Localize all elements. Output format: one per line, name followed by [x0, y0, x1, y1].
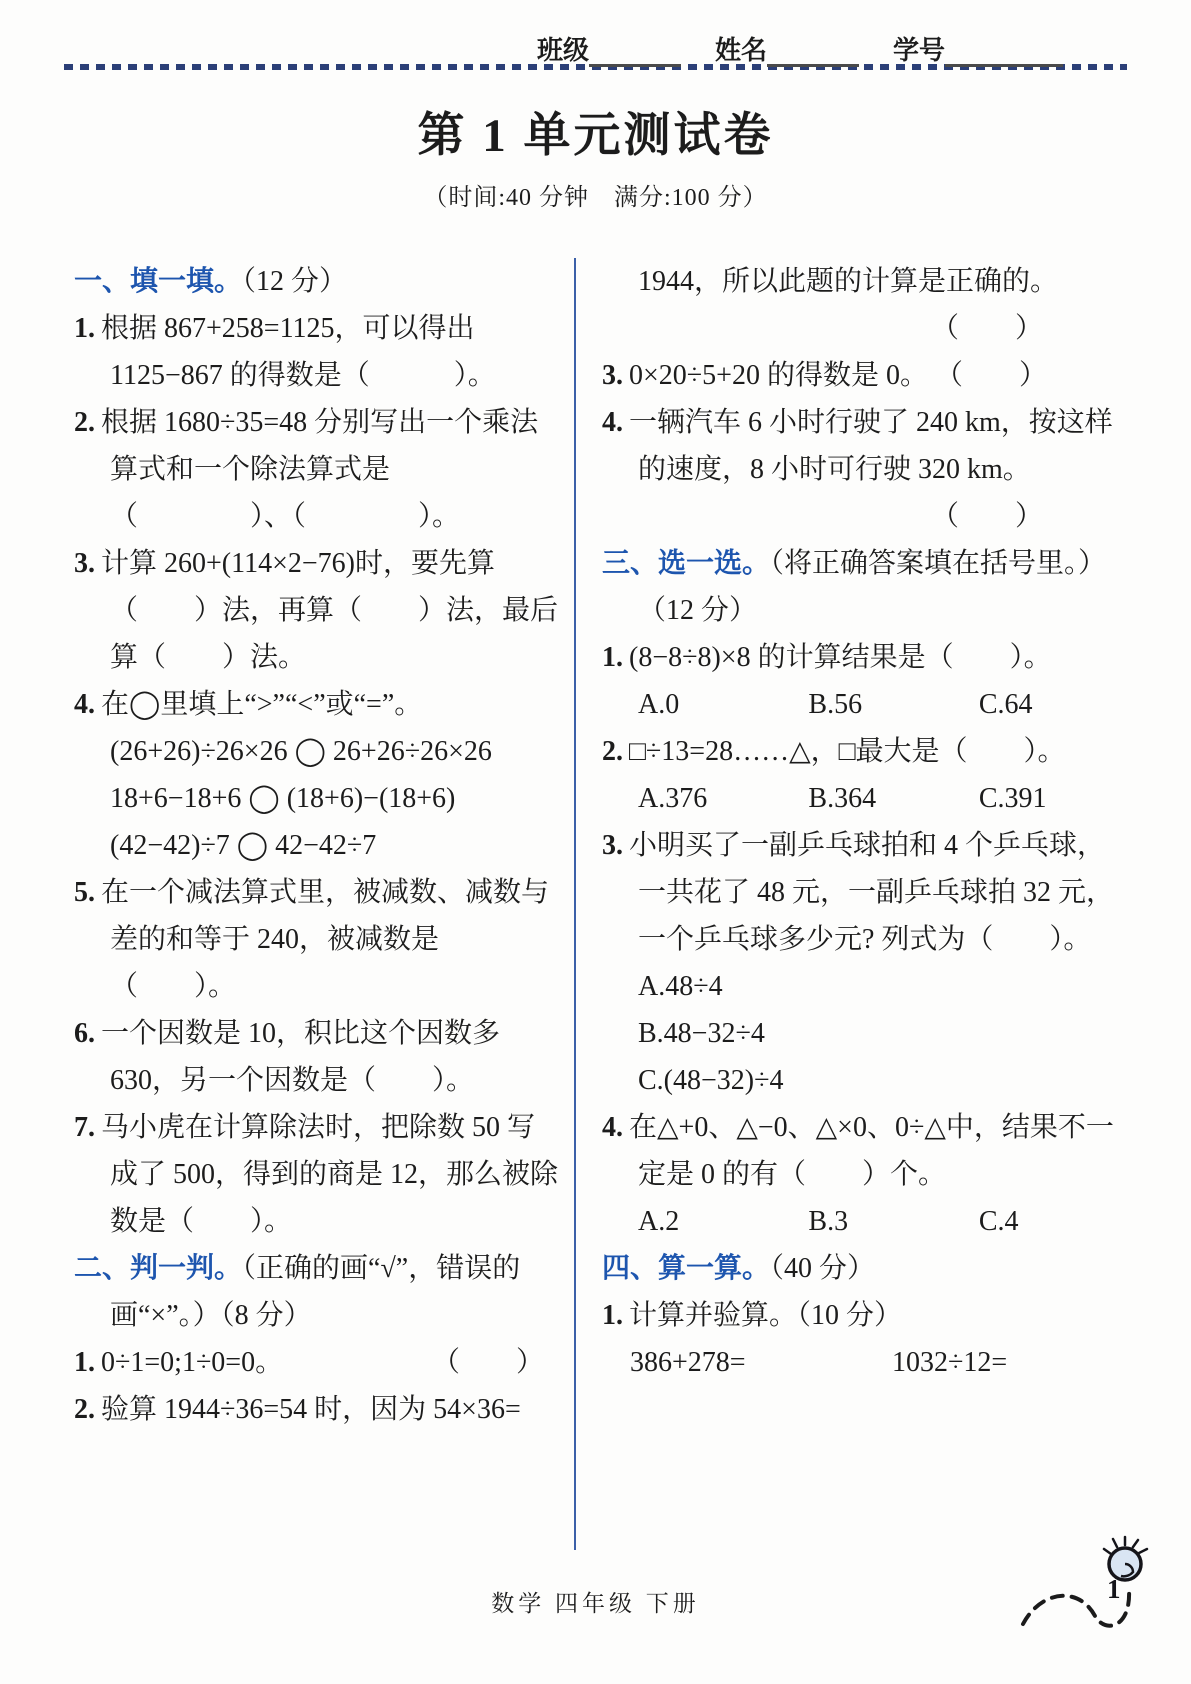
page-header: 班级 姓名 学号 — [0, 0, 1191, 70]
s3-q3-option-c: C.(48−32)÷4 — [602, 1057, 1127, 1104]
section-3-title: 三、选一选。 — [602, 548, 770, 579]
page-number-doodle: 1 — [1013, 1524, 1163, 1664]
option-a: A.0 — [638, 681, 808, 728]
question-number: 4. — [602, 407, 623, 438]
expression-1: 386+278= — [630, 1339, 892, 1386]
question-text: □÷13=28……△，□最大是（ ）。 — [629, 736, 1066, 767]
s4-question-1: 1.计算并验算。（10 分） — [602, 1292, 1127, 1339]
option-b: B.3 — [808, 1198, 978, 1245]
question-number: 4. — [74, 689, 95, 720]
question-number: 1. — [74, 1339, 95, 1386]
question-text: 在◯里填上“>”“<”或“=”。 — [101, 689, 422, 720]
question-number: 1. — [602, 1300, 623, 1331]
question-text: 一辆汽车 6 小时行驶了 240 km，按这样的速度，8 小时可行驶 320 k… — [629, 407, 1113, 485]
s2-question-1: 1.0÷1=0;1÷0=0。（ ） — [74, 1339, 562, 1386]
s3-q3-option-a: A.48÷4 — [602, 963, 1127, 1010]
s4-q1-expressions: 386+278=1032÷12= — [602, 1339, 1127, 1386]
question-text: 根据 1680÷35=48 分别写出一个乘法算式和一个除法算式是（ ）、（ ）。 — [101, 407, 538, 532]
page-number: 1 — [1107, 1574, 1121, 1605]
class-blank-line — [589, 41, 681, 67]
left-column: 一、填一填。（12 分） 1.根据 867+258=1125，可以得出 1125… — [74, 258, 574, 1550]
class-field: 班级 — [537, 30, 681, 67]
question-text: 0×20÷5+20 的得数是 0。 — [629, 352, 935, 399]
question-number: 2. — [74, 407, 95, 438]
name-blank-line — [767, 41, 859, 67]
s1-question-2: 2.根据 1680÷35=48 分别写出一个乘法算式和一个除法算式是（ ）、（ … — [74, 399, 562, 540]
question-number: 1. — [602, 642, 623, 673]
student-info-fields: 班级 姓名 学号 — [0, 30, 1191, 67]
s1-question-3: 3.计算 260+(114×2−76)时，要先算（ ）法，再算（ ）法，最后算（… — [74, 540, 562, 681]
section-3-desc: （将正确答案填在括号里。） — [770, 548, 1106, 579]
s3-q1-options: A.0B.56C.64 — [602, 681, 1127, 728]
question-text: 计算并验算。（10 分） — [629, 1300, 902, 1331]
s1-question-1: 1.根据 867+258=1125，可以得出 1125−867 的得数是（ ）。 — [74, 305, 562, 399]
question-text: (8−8÷8)×8 的计算结果是（ ）。 — [629, 642, 1052, 673]
question-number: 5. — [74, 877, 95, 908]
s2-q2-continuation: 1944，所以此题的计算是正确的。 — [602, 258, 1127, 305]
two-column-body: 一、填一填。（12 分） 1.根据 867+258=1125，可以得出 1125… — [74, 258, 1127, 1550]
s2-question-2: 2.验算 1944÷36=54 时，因为 54×36= — [74, 1386, 562, 1433]
question-number: 6. — [74, 1018, 95, 1049]
s1-q4-expression-3: (42−42)÷7 ◯ 42−42÷7 — [74, 822, 562, 869]
section-2-title: 二、判一判。 — [74, 1253, 242, 1284]
option-a: A.376 — [638, 775, 808, 822]
section-3-heading: 三、选一选。（将正确答案填在括号里。） — [602, 540, 1127, 587]
s3-question-1: 1.(8−8÷8)×8 的计算结果是（ ）。 — [602, 634, 1127, 681]
question-number: 4. — [602, 1112, 623, 1143]
option-b: B.364 — [808, 775, 978, 822]
s3-q4-options: A.2B.3C.4 — [602, 1198, 1127, 1245]
question-number: 3. — [602, 352, 623, 399]
question-text: 在△+0、△−0、△×0、0÷△中，结果不一定是 0 的有（ ）个。 — [629, 1112, 1114, 1190]
question-text: 马小虎在计算除法时，把除数 50 写成了 500，得到的商是 12，那么被除数是… — [101, 1112, 558, 1237]
answer-bracket: （ ） — [432, 1339, 544, 1386]
question-number: 3. — [602, 830, 623, 861]
s1-question-5: 5.在一个减法算式里，被减数、减数与差的和等于 240，被减数是（ ）。 — [74, 869, 562, 1010]
section-4-title: 四、算一算。 — [602, 1253, 770, 1284]
section-1-points: （12 分） — [242, 266, 347, 297]
section-4-points: （40 分） — [770, 1253, 875, 1284]
answer-bracket: （ ） — [602, 493, 1127, 540]
section-2-heading: 二、判一判。（正确的画“√”，错误的画“×”。）（8 分） — [74, 1245, 562, 1339]
s3-question-2: 2.□÷13=28……△，□最大是（ ）。 — [602, 728, 1127, 775]
expression-2: 1032÷12= — [892, 1339, 1007, 1386]
question-number: 2. — [602, 736, 623, 767]
section-3-points: （12 分） — [602, 587, 1127, 634]
right-column: 1944，所以此题的计算是正确的。 （ ） 3.0×20÷5+20 的得数是 0… — [574, 258, 1127, 1550]
section-1-heading: 一、填一填。（12 分） — [74, 258, 562, 305]
s3-question-4: 4.在△+0、△−0、△×0、0÷△中，结果不一定是 0 的有（ ）个。 — [602, 1104, 1127, 1198]
question-text: 小明买了一副乒乓球拍和 4 个乒乓球，一共花了 48 元，一副乒乓球拍 32 元… — [629, 830, 1114, 955]
question-text: 计算 260+(114×2−76)时，要先算（ ）法，再算（ ）法，最后算（ ）… — [101, 548, 558, 673]
question-number: 2. — [74, 1394, 95, 1425]
section-1-title: 一、填一填。 — [74, 266, 242, 297]
s1-question-6: 6.一个因数是 10，积比这个因数多 630，另一个因数是（ ）。 — [74, 1010, 562, 1104]
s1-q4-expression-1: (26+26)÷26×26 ◯ 26+26÷26×26 — [74, 728, 562, 775]
page-title: 第 1 单元测试卷 — [0, 98, 1191, 165]
question-text: 一个因数是 10，积比这个因数多 630，另一个因数是（ ）。 — [101, 1018, 500, 1096]
s3-question-3: 3.小明买了一副乒乓球拍和 4 个乒乓球，一共花了 48 元，一副乒乓球拍 32… — [602, 822, 1127, 963]
option-b: B.56 — [808, 681, 978, 728]
name-label: 姓名 — [715, 30, 767, 67]
section-4-heading: 四、算一算。（40 分） — [602, 1245, 1127, 1292]
question-text: 根据 867+258=1125，可以得出 1125−867 的得数是（ ）。 — [101, 313, 496, 391]
class-label: 班级 — [537, 30, 589, 67]
student-id-field: 学号 — [893, 30, 1063, 67]
answer-bracket: （ ） — [602, 305, 1127, 352]
s3-q2-options: A.376B.364C.391 — [602, 775, 1127, 822]
question-text: 验算 1944÷36=54 时，因为 54×36= — [101, 1394, 521, 1425]
s1-q4-expression-2: 18+6−18+6 ◯ (18+6)−(18+6) — [74, 775, 562, 822]
s2-question-4: 4.一辆汽车 6 小时行驶了 240 km，按这样的速度，8 小时可行驶 320… — [602, 399, 1127, 493]
s1-question-7: 7.马小虎在计算除法时，把除数 50 写成了 500，得到的商是 12，那么被除… — [74, 1104, 562, 1245]
page-subtitle: （时间:40 分钟 满分:100 分） — [0, 177, 1191, 212]
question-text: 0÷1=0;1÷0=0。 — [101, 1339, 432, 1386]
student-id-blank-line — [945, 41, 1063, 67]
s2-question-3: 3.0×20÷5+20 的得数是 0。（ ） — [602, 352, 1127, 399]
question-number: 1. — [74, 313, 95, 344]
question-text: 在一个减法算式里，被减数、减数与差的和等于 240，被减数是（ ）。 — [101, 877, 549, 1002]
option-c: C.391 — [979, 775, 1127, 822]
student-id-label: 学号 — [893, 30, 945, 67]
question-number: 3. — [74, 548, 95, 579]
test-paper: 班级 姓名 学号 第 1 单元测试卷 （时间:40 分钟 满分:100 分） 一… — [0, 0, 1191, 1684]
option-c: C.64 — [979, 681, 1127, 728]
option-a: A.2 — [638, 1198, 808, 1245]
answer-bracket: （ ） — [935, 352, 1047, 399]
question-number: 7. — [74, 1112, 95, 1143]
s1-question-4: 4.在◯里填上“>”“<”或“=”。 — [74, 681, 562, 728]
option-c: C.4 — [979, 1198, 1127, 1245]
snail-trail-icon — [1013, 1524, 1163, 1664]
s3-q3-option-b: B.48−32÷4 — [602, 1010, 1127, 1057]
name-field: 姓名 — [715, 30, 859, 67]
